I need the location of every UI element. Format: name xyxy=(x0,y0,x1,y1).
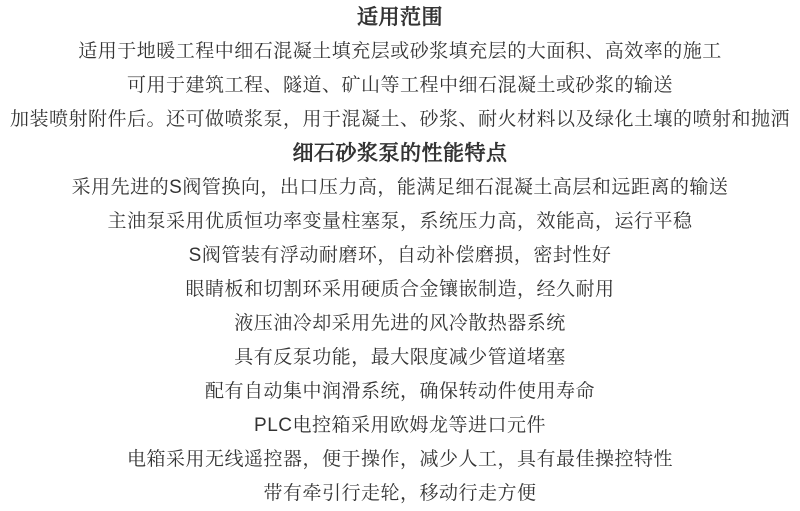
scope-line-construction-tunnel-mine: 可用于建筑工程、隧道、矿山等工程中细石混凝土或砂浆的输送 xyxy=(0,69,800,103)
section-title-performance-features: 细石砂浆泵的性能特点 xyxy=(0,137,800,171)
feature-line-hydraulic-oil-cooling: 液压油冷却采用先进的风冷散热器系统 xyxy=(0,307,800,341)
section-title-applicable-scope: 适用范围 xyxy=(0,1,800,35)
feature-line-s-valve-reversing: 采用先进的S阀管换向，出口压力高，能满足细石混凝土高层和远距离的输送 xyxy=(0,171,800,205)
feature-line-lubrication-system: 配有自动集中润滑系统，确保转动件使用寿命 xyxy=(0,375,800,409)
feature-line-reverse-pump-function: 具有反泵功能，最大限度减少管道堵塞 xyxy=(0,341,800,375)
feature-line-plc-control-box: PLC电控箱采用欧姆龙等进口元件 xyxy=(0,409,800,443)
scope-line-spray-attachment: 加装喷射附件后。还可做喷浆泵，用于混凝土、砂浆、耐火材料以及绿化土壤的喷射和抛洒 xyxy=(0,103,800,137)
feature-line-wireless-remote: 电箱采用无线遥控器，便于操作，减少人工，具有最佳操控特性 xyxy=(0,443,800,477)
section-applicable-scope: 适用范围 适用于地暖工程中细石混凝土填充层或砂浆填充层的大面积、高效率的施工 可… xyxy=(0,1,800,137)
product-description-document: 适用范围 适用于地暖工程中细石混凝土填充层或砂浆填充层的大面积、高效率的施工 可… xyxy=(0,0,800,511)
feature-line-main-oil-pump: 主油泵采用优质恒功率变量柱塞泵，系统压力高，效能高，运行平稳 xyxy=(0,205,800,239)
scope-line-floor-heating: 适用于地暖工程中细石混凝土填充层或砂浆填充层的大面积、高效率的施工 xyxy=(0,35,800,69)
section-performance-features: 细石砂浆泵的性能特点 采用先进的S阀管换向，出口压力高，能满足细石混凝土高层和远… xyxy=(0,137,800,511)
feature-line-eye-plate-cutting-ring: 眼睛板和切割环采用硬质合金镶嵌制造，经久耐用 xyxy=(0,273,800,307)
feature-line-wear-ring: S阀管装有浮动耐磨环，自动补偿磨损，密封性好 xyxy=(0,239,800,273)
feature-line-traction-wheels: 带有牵引行走轮，移动行走方便 xyxy=(0,477,800,511)
